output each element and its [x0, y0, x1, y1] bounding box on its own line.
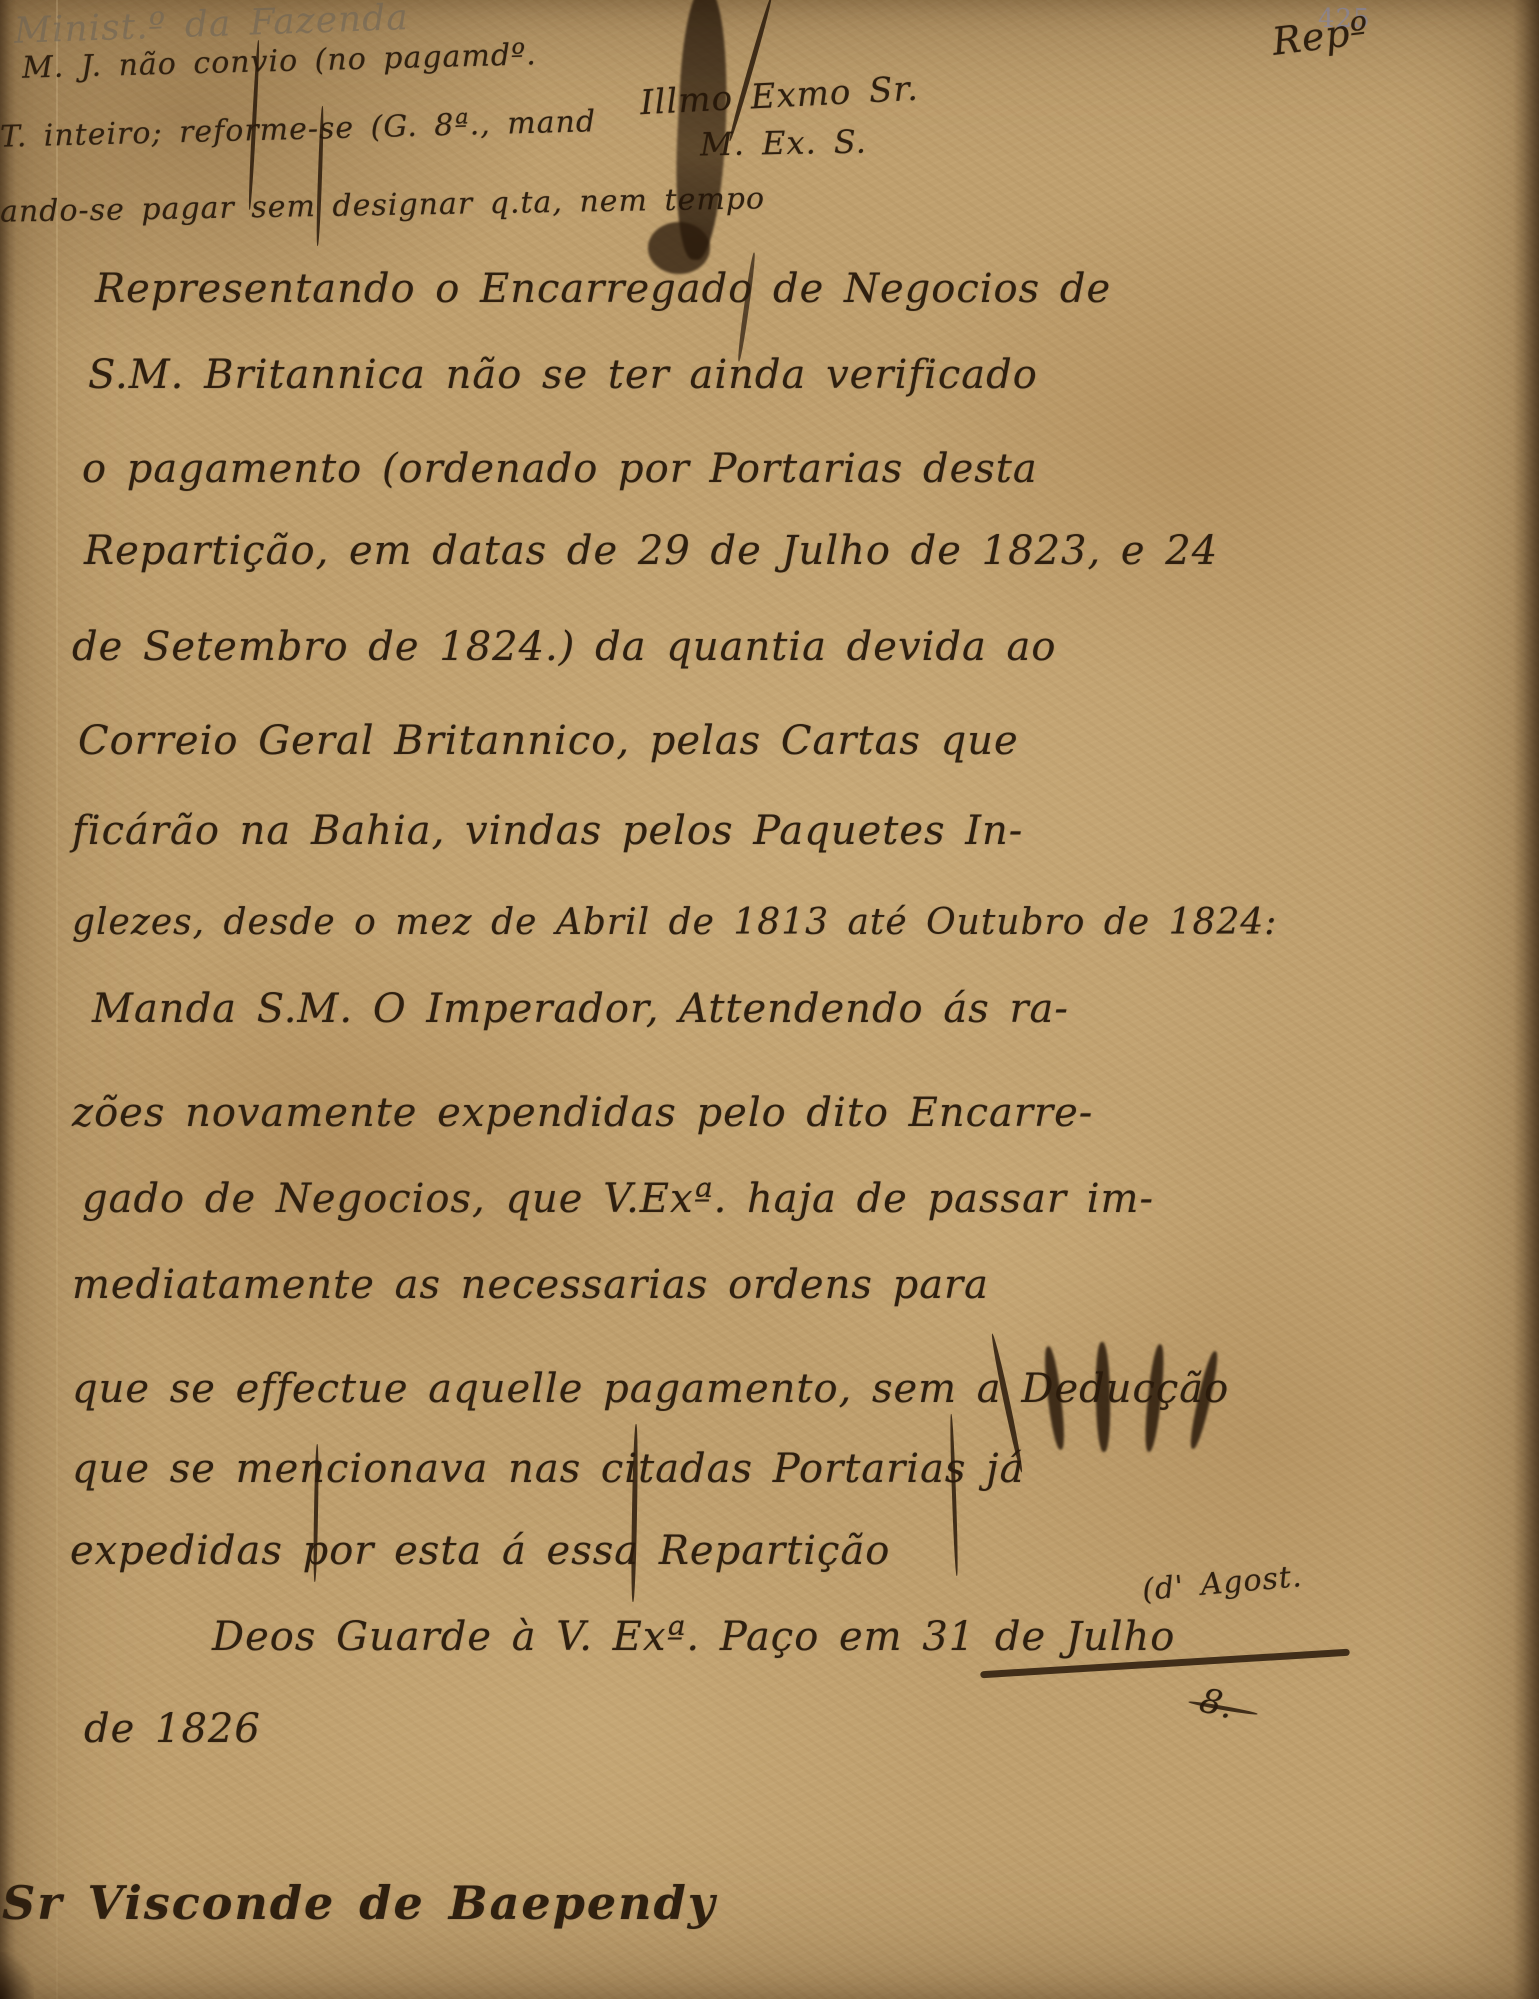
- body-line: glezes, desde o mez de Abril de 1813 até…: [72, 902, 1277, 943]
- body-line: de Setembro de 1824.) da quantia devida …: [72, 624, 1056, 670]
- body-line: o pagamento (ordenado por Portarias dest…: [82, 446, 1038, 492]
- closing-text: Deos Guarde à V. Exª. Paço em: [212, 1614, 922, 1660]
- body-line: zões novamente expendidas pelo dito Enca…: [72, 1090, 1093, 1136]
- body-line: Representando o Encarregado de Negocios …: [95, 266, 1111, 312]
- struck-date: 31 de Julho: [922, 1614, 1175, 1660]
- paper-crease: [56, 0, 58, 1999]
- stray-pen-stroke: [727, 0, 773, 142]
- body-line: Correio Geral Britannico, pelas Cartas q…: [78, 718, 1019, 764]
- addressee-signature: Sr Visconde de Baependy: [2, 1876, 716, 1930]
- stray-pen-stroke: [949, 1414, 959, 1576]
- body-line: que se mencionava nas citadas Portarias …: [72, 1446, 1024, 1492]
- body-line: Repartição, em datas de 29 de Julho de 1…: [84, 528, 1218, 574]
- manuscript-page: Minist.º da Fazenda 425 Repº M. J. não c…: [0, 0, 1539, 1999]
- margin-note-line-3: ando-se pagar sem designar q.ta, nem tem…: [0, 181, 765, 229]
- year-line: de 1826: [84, 1706, 261, 1752]
- body-line: S.M. Britannica não se ter ainda verific…: [88, 352, 1038, 398]
- registry-corner-note: Repº: [1270, 8, 1372, 64]
- body-line: Manda S.M. O Imperador, Attendendo ás ra…: [92, 986, 1069, 1032]
- paper-left-edge-shadow: [0, 0, 16, 1999]
- closing-line: Deos Guarde à V. Exª. Paço em 31 de Julh…: [212, 1614, 1175, 1660]
- paper-right-edge-shadow: [1513, 0, 1539, 1999]
- body-line: mediatamente as necessarias ordens para: [72, 1262, 989, 1308]
- corner-ink-blot: [0, 1952, 34, 1999]
- scribble-stroke: [1095, 1342, 1111, 1452]
- interlinear-insertion: (d' Agost.: [1141, 1559, 1304, 1608]
- body-line: ficárão na Bahia, vindas pelos Paquetes …: [72, 808, 1023, 854]
- body-line: gado de Negocios, que V.Exª. haja de pas…: [82, 1176, 1154, 1222]
- body-line: expedidas por esta á essa Repartição: [70, 1528, 890, 1574]
- margin-note-line-2: T. inteiro; reforme-se (G. 8ª., mand: [0, 104, 597, 155]
